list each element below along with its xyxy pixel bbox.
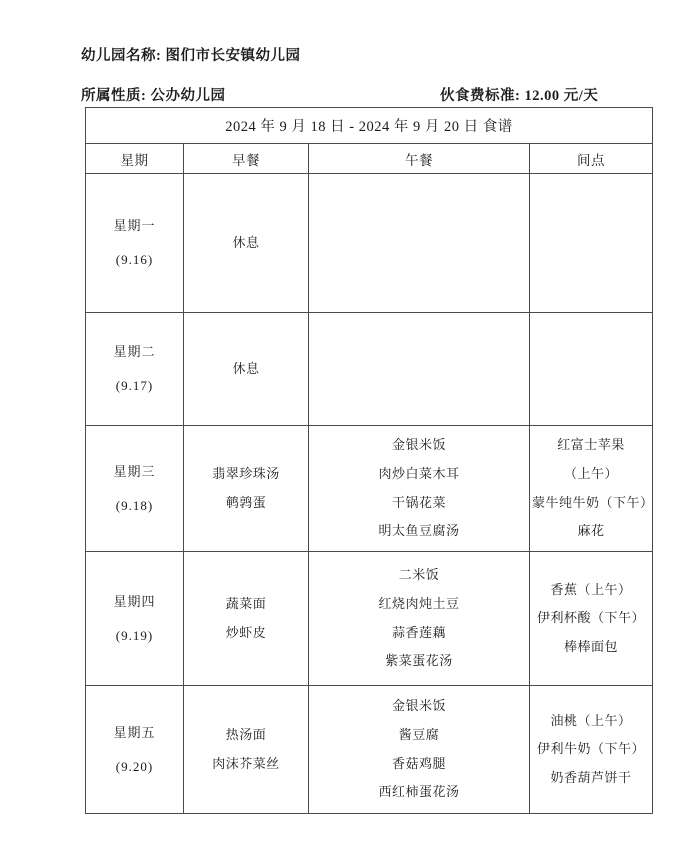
menu-item-text: 星期五 bbox=[88, 716, 181, 750]
breakfast-cell: 热汤面肉沫芥菜丝 bbox=[184, 686, 309, 814]
menu-item-text: 蒙牛纯牛奶（下午） bbox=[532, 489, 650, 518]
snack-cell: 油桃（上午）伊利牛奶（下午）奶香葫芦饼干 bbox=[530, 686, 653, 814]
menu-item-text: 肉炒白菜木耳 bbox=[311, 460, 527, 489]
menu-item-text: 蔬菜面 bbox=[186, 590, 306, 619]
menu-item-text: 香菇鸡腿 bbox=[311, 750, 527, 779]
menu-item-text: 酱豆腐 bbox=[311, 721, 527, 750]
menu-item-text: 炒虾皮 bbox=[186, 619, 306, 648]
snack-cell: 香蕉（上午）伊利杯酸（下午）棒棒面包 bbox=[530, 552, 653, 686]
menu-item-text: 金银米饭 bbox=[311, 431, 527, 460]
menu-item-text: (9.17) bbox=[88, 369, 181, 403]
lunch-cell: 金银米饭肉炒白菜木耳干锅花菜明太鱼豆腐汤 bbox=[309, 426, 530, 552]
menu-item-text: 肉沫芥菜丝 bbox=[186, 750, 306, 779]
menu-item-text: 休息 bbox=[186, 229, 306, 258]
menu-item-text: 鹌鹑蛋 bbox=[186, 489, 306, 518]
kindergarten-name-line: 幼儿园名称: 图们市长安镇幼儿园 bbox=[81, 44, 300, 65]
breakfast-cell: 休息 bbox=[184, 174, 309, 313]
table-row: 星期四(9.19)蔬菜面炒虾皮二米饭红烧肉炖土豆蒜香莲藕紫菜蛋花汤香蕉（上午）伊… bbox=[86, 552, 653, 686]
table-row: 星期一(9.16)休息 bbox=[86, 174, 653, 313]
menu-item-text: 油桃（上午） bbox=[532, 707, 650, 736]
menu-item-text: 麻花 bbox=[532, 517, 650, 546]
menu-item-text: (9.18) bbox=[88, 489, 181, 523]
menu-item-text: 星期一 bbox=[88, 209, 181, 243]
lunch-cell: 二米饭红烧肉炖土豆蒜香莲藕紫菜蛋花汤 bbox=[309, 552, 530, 686]
breakfast-cell: 蔬菜面炒虾皮 bbox=[184, 552, 309, 686]
menu-item-text: 休息 bbox=[186, 355, 306, 384]
lunch-cell bbox=[309, 174, 530, 313]
column-header-lunch: 午餐 bbox=[309, 144, 530, 174]
menu-item-text: (9.20) bbox=[88, 750, 181, 784]
lunch-cell: 金银米饭酱豆腐香菇鸡腿西红柿蛋花汤 bbox=[309, 686, 530, 814]
menu-item-text: 星期三 bbox=[88, 455, 181, 489]
menu-item-text: 星期二 bbox=[88, 335, 181, 369]
lunch-cell bbox=[309, 313, 530, 426]
menu-item-text: 蒜香莲藕 bbox=[311, 619, 527, 648]
menu-item-text: 红烧肉炖土豆 bbox=[311, 590, 527, 619]
menu-item-text: 二米饭 bbox=[311, 561, 527, 590]
table-header-row: 星期 早餐 午餐 间点 bbox=[86, 144, 653, 174]
snack-cell bbox=[530, 174, 653, 313]
snack-cell bbox=[530, 313, 653, 426]
column-header-snack: 间点 bbox=[530, 144, 653, 174]
meal-fee-line: 伙食费标准: 12.00 元/天 bbox=[440, 84, 598, 105]
menu-table-body: 星期一(9.16)休息星期二(9.17)休息星期三(9.18)翡翠珍珠汤鹌鹑蛋金… bbox=[86, 174, 653, 814]
menu-item-text: 棒棒面包 bbox=[532, 633, 650, 662]
menu-item-text: 星期四 bbox=[88, 585, 181, 619]
menu-table: 2024 年 9 月 18 日 - 2024 年 9 月 20 日 食谱 星期 … bbox=[85, 107, 653, 814]
breakfast-cell: 翡翠珍珠汤鹌鹑蛋 bbox=[184, 426, 309, 552]
menu-item-text: (9.16) bbox=[88, 243, 181, 277]
table-row: 星期三(9.18)翡翠珍珠汤鹌鹑蛋金银米饭肉炒白菜木耳干锅花菜明太鱼豆腐汤红富士… bbox=[86, 426, 653, 552]
menu-item-text: 伊利牛奶（下午） bbox=[532, 735, 650, 764]
day-cell: 星期一(9.16) bbox=[86, 174, 184, 313]
table-row: 星期二(9.17)休息 bbox=[86, 313, 653, 426]
menu-item-text: 干锅花菜 bbox=[311, 489, 527, 518]
menu-item-text: 明太鱼豆腐汤 bbox=[311, 517, 527, 546]
menu-item-text: 金银米饭 bbox=[311, 692, 527, 721]
column-header-weekday: 星期 bbox=[86, 144, 184, 174]
menu-item-text: 热汤面 bbox=[186, 721, 306, 750]
day-cell: 星期五(9.20) bbox=[86, 686, 184, 814]
menu-item-text: 紫菜蛋花汤 bbox=[311, 647, 527, 676]
menu-item-text: 西红柿蛋花汤 bbox=[311, 778, 527, 807]
day-cell: 星期四(9.19) bbox=[86, 552, 184, 686]
table-title-row: 2024 年 9 月 18 日 - 2024 年 9 月 20 日 食谱 bbox=[86, 108, 653, 144]
menu-item-text: 伊利杯酸（下午） bbox=[532, 604, 650, 633]
day-cell: 星期二(9.17) bbox=[86, 313, 184, 426]
menu-item-text: (9.19) bbox=[88, 619, 181, 653]
day-cell: 星期三(9.18) bbox=[86, 426, 184, 552]
menu-item-text: 翡翠珍珠汤 bbox=[186, 460, 306, 489]
menu-date-range-title: 2024 年 9 月 18 日 - 2024 年 9 月 20 日 食谱 bbox=[86, 108, 653, 144]
menu-item-text: 奶香葫芦饼干 bbox=[532, 764, 650, 793]
menu-item-text: 香蕉（上午） bbox=[532, 576, 650, 605]
document-page: { "header": { "kindergarten_line": "幼儿园名… bbox=[0, 0, 700, 855]
menu-item-text: （上午） bbox=[532, 460, 650, 489]
breakfast-cell: 休息 bbox=[184, 313, 309, 426]
table-row: 星期五(9.20)热汤面肉沫芥菜丝金银米饭酱豆腐香菇鸡腿西红柿蛋花汤油桃（上午）… bbox=[86, 686, 653, 814]
snack-cell: 红富士苹果（上午）蒙牛纯牛奶（下午）麻花 bbox=[530, 426, 653, 552]
menu-item-text: 红富士苹果 bbox=[532, 431, 650, 460]
column-header-breakfast: 早餐 bbox=[184, 144, 309, 174]
